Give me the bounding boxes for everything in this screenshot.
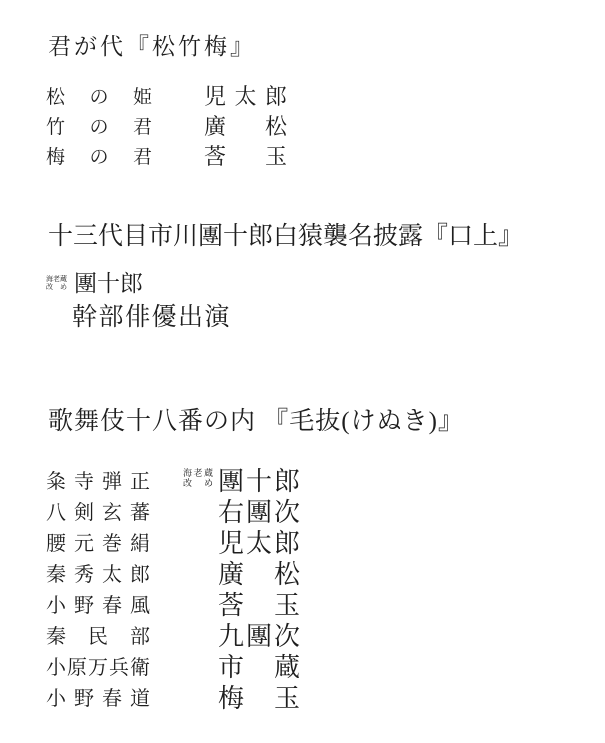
supporting-cast-note: 幹部俳優出演 xyxy=(72,304,605,332)
actor-name: 莟玉 xyxy=(204,140,287,171)
annotation-slot: 海老蔵 改め xyxy=(150,468,218,491)
section-kenuki: 歌舞伎十八番の内 『毛抜(けぬき)』 粂寺弾正 海老蔵 改め 團十郎 八剣玄蕃 … xyxy=(46,405,605,712)
aratame-label: 改め xyxy=(183,478,213,488)
role-name: 小原万兵衛 xyxy=(46,651,150,680)
role-name: 粂寺弾正 xyxy=(46,465,150,494)
cast-row: 秦秀太郎 廣松 xyxy=(46,557,605,588)
role-name: 腰元巻絹 xyxy=(46,527,150,556)
role-name: 竹の君 xyxy=(46,112,152,139)
new-name: 團十郎 xyxy=(74,270,143,298)
cast-row: 竹の君 廣松 xyxy=(46,110,605,140)
role-name: 松の姫 xyxy=(46,82,152,109)
section-shochikubai: 君が代『松竹梅』 松の姫 児太郎 竹の君 廣松 梅の君 莟玉 xyxy=(46,34,605,170)
role-name: 秦秀太郎 xyxy=(46,558,150,587)
cast-list-shochikubai: 松の姫 児太郎 竹の君 廣松 梅の君 莟玉 xyxy=(46,80,605,170)
cast-row: 小野春道 梅玉 xyxy=(46,681,605,712)
role-name: 八剣玄蕃 xyxy=(46,496,150,525)
role-name: 梅の君 xyxy=(46,142,152,169)
cast-row: 腰元巻絹 児太郎 xyxy=(46,526,605,557)
cast-row: 小原万兵衛 市蔵 xyxy=(46,650,605,681)
actor-name: 廣松 xyxy=(204,110,287,141)
kabuki-program-page: 君が代『松竹梅』 松の姫 児太郎 竹の君 廣松 梅の君 莟玉 十三代目市川團十郎… xyxy=(0,0,605,743)
play-title-shochikubai: 君が代『松竹梅』 xyxy=(48,34,605,60)
name-announcement-line: 海老蔵 改め 團十郎 xyxy=(46,270,605,298)
cast-row: 粂寺弾正 海老蔵 改め 團十郎 xyxy=(46,464,605,495)
cast-list-kenuki: 粂寺弾正 海老蔵 改め 團十郎 八剣玄蕃 右團次 腰元巻絹 児太郎 xyxy=(46,464,605,712)
aratame-label: 改め xyxy=(46,283,67,291)
cast-row: 八剣玄蕃 右團次 xyxy=(46,495,605,526)
section-kojo: 十三代目市川團十郎白猿襲名披露『口上』 海老蔵 改め 團十郎 幹部俳優出演 xyxy=(46,222,605,332)
role-name: 小野春風 xyxy=(46,589,150,618)
name-change-annotation: 海老蔵 改め xyxy=(183,468,213,488)
actor-name: 児太郎 xyxy=(204,80,287,111)
actor-name: 梅玉 xyxy=(218,678,300,715)
cast-row: 梅の君 莟玉 xyxy=(46,140,605,170)
play-title-kojo: 十三代目市川團十郎白猿襲名披露『口上』 xyxy=(48,222,605,252)
cast-row: 松の姫 児太郎 xyxy=(46,80,605,110)
former-name: 海老蔵 xyxy=(183,468,213,478)
play-title-kenuki: 歌舞伎十八番の内 『毛抜(けぬき)』 xyxy=(48,405,605,439)
former-name: 海老蔵 xyxy=(46,275,67,283)
role-name: 小野春道 xyxy=(46,682,150,711)
role-name: 秦民部 xyxy=(46,620,150,649)
cast-row: 小野春風 莟玉 xyxy=(46,588,605,619)
name-change-annotation: 海老蔵 改め xyxy=(46,275,67,291)
cast-row: 秦民部 九團次 xyxy=(46,619,605,650)
